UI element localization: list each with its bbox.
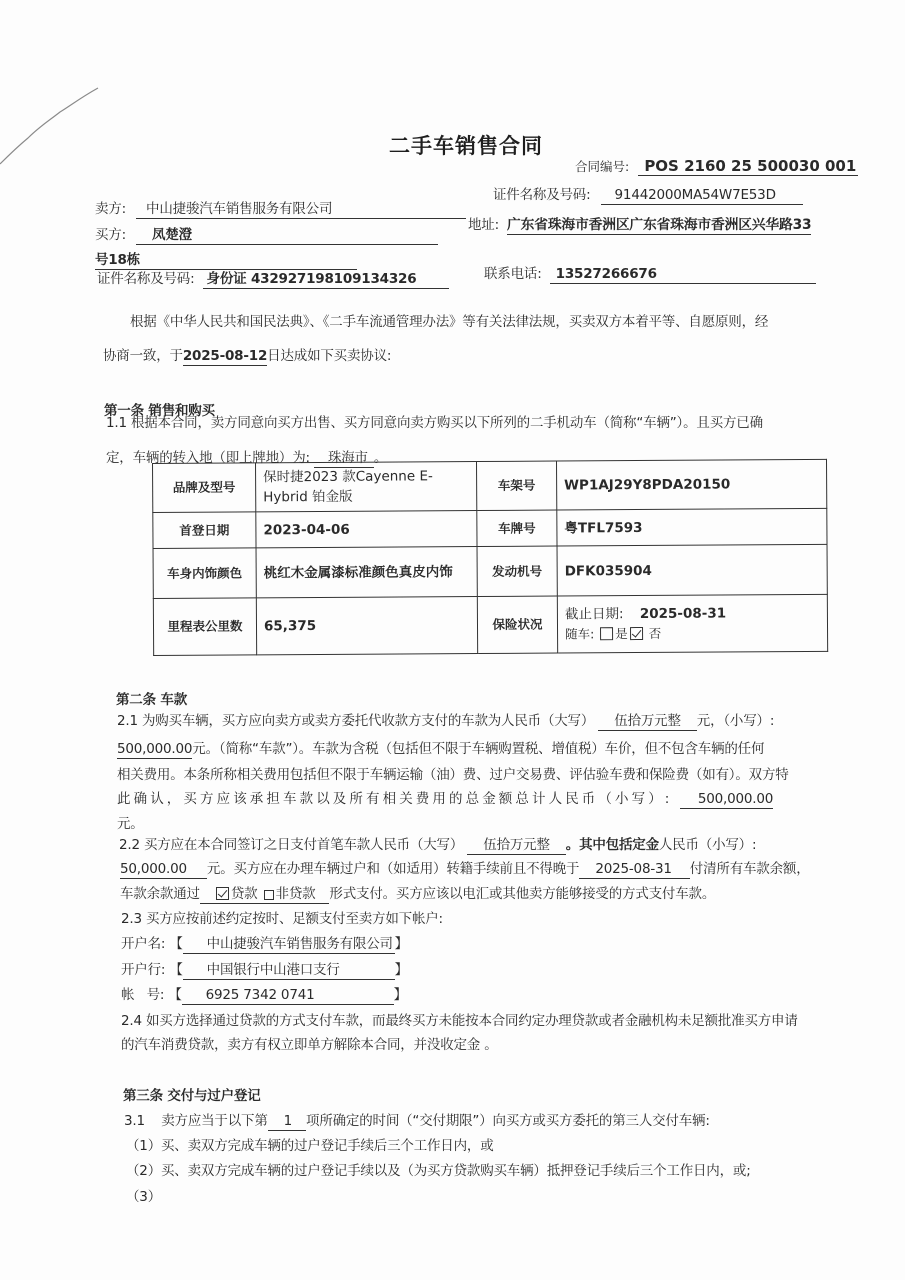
phone-label: 联系电话: [484,266,542,282]
seller-id-value: 91442000MA54W7E53D [601,186,803,205]
article2-p21-line4: 此确认，买方应该承担车款以及所有相关费用的总金额总计人民币（小写）: 500,0… [117,790,773,809]
p21-text-4: 此确认，买方应该承担车款以及所有相关费用的总金额总计人民币（小写）: [117,791,672,807]
buyer-id-row: 证件名称及号码: 身份证 432927198109134326 [97,270,449,289]
document-title: 二手车销售合同 [389,130,543,160]
address-line2-row: 号18栋 [95,251,357,270]
table-row: 首登日期 2023-04-06 车牌号 粤TFL7593 [153,508,827,548]
phone-row: 联系电话: 13527266676 [484,265,816,284]
price-number: 500,000.00 [117,740,192,759]
price-words: 伍拾万元整 [598,712,697,731]
account-name-label: 开户名: [121,936,165,952]
seller-label: 卖方: [95,201,126,217]
article2-p24-line1: 2.4 如买方选择通过贷款的方式支付车款，而最终买方未能按本合同约定办理贷款或者… [121,1012,798,1030]
delivery-option-2: （2）买、卖双方完成车辆的过户登记手续以及（为买方贷款购买车辆）抵押登记手续后三… [126,1162,751,1180]
article2-p21-line1: 2.1 为购买车辆，买方应向卖方或卖方委托代收款方支付的车款为人民币（大写） 伍… [117,712,774,731]
contract-number: POS 2160 25 500030 001 [638,157,858,176]
reg-date-label: 首登日期 [153,512,256,549]
article2-p21-line5: 元。 [117,815,144,833]
account-number-label: 帐 号: [121,987,164,1003]
color-label: 车身内饰颜色 [153,548,256,599]
table-row: 品牌及型号 保时捷2023 款Cayenne E-Hybrid 铂金版 车架号 … [153,459,827,512]
bracket-close: 】 [395,962,408,978]
insurance-with-car-row: 随车: 是 否 [565,623,820,645]
deposit-amount: 50,000.00 [120,860,207,879]
bracket-open: 【 [169,936,182,952]
seller-name: 中山捷骏汽车销售服务有限公司 [136,200,466,219]
mileage-value: 65,375 [256,597,477,655]
article1-p1-line1: 1.1 根据本合同，卖方同意向买方出售、买方同意向卖方购买以下所列的二手机动车（… [106,414,763,432]
contract-number-row: 合同编号: POS 2160 25 500030 001 [575,156,858,176]
preamble-line2: 协商一致，于2025-08-12日达成如下买卖协议: [103,347,391,366]
vehicle-info-table: 品牌及型号 保时捷2023 款Cayenne E-Hybrid 铂金版 车架号 … [152,459,828,656]
plate-label: 车牌号 [477,510,557,546]
account-name: 中山捷骏汽车销售服务有限公司 [183,935,395,954]
bracket-open: 【 [169,962,182,978]
payment-method-options: 贷款 非贷款 [200,885,330,904]
article2-p22-line2: 50,000.00元。买方应在办理车辆过户和（如适用）转籍手续前且不得晚于202… [120,860,810,879]
insurance-label: 保险状况 [477,596,557,653]
phone-value: 13527266676 [550,265,816,284]
p31-text: 3.1 卖方应当于以下第 [124,1113,268,1129]
first-payment-words: 伍拾万元整 [467,836,566,855]
scan-fold-line [0,60,110,170]
p31-text-2: 项所确定的时间（“交付期限”）向买方或买方委托的第三人交付车辆: [306,1113,710,1129]
buyer-label: 买方: [95,227,126,243]
total-amount: 500,000.00 [680,790,773,809]
vin-label: 车架号 [476,461,556,510]
article2-p22-line1: 2.2 买方应在本合同签订之日支付首笔车款人民币（大写） 伍拾万元整。其中包括定… [119,836,756,855]
preamble-text-end: 日达成如下买卖协议: [267,348,391,364]
option-no-label: 否 [649,626,662,641]
brand-label: 品牌及型号 [153,463,256,513]
insurance-cell: 截止日期: 2025-08-31 随车: 是 否 [557,594,827,653]
brand-value: 保时捷2023 款Cayenne E-Hybrid 铂金版 [256,462,477,512]
table-row: 车身内饰颜色 桃红木金属漆标准颜色真皮内饰 发动机号 DFK035904 [153,544,827,598]
delivery-option-3: （3） [126,1188,161,1206]
option-loan-label: 贷款 [231,886,258,902]
p22-text-4: 付清所有车款余额， [690,861,810,877]
contract-number-label: 合同编号: [575,159,629,174]
bank-name: 中国银行中山港口支行 [183,961,395,980]
p22-text-2: 人民币（小写）: [659,837,756,853]
delivery-item-number: 1 [268,1112,306,1131]
account-name-row: 开户名: 【中山捷骏汽车销售服务有限公司】 [121,935,408,954]
p21-text-2: 元，（小写）: [697,713,774,729]
option-nonloan-label: 非贷款 [276,886,316,902]
agreement-date: 2025-08-12 [183,347,267,366]
bank-label: 开户行: [121,962,165,978]
address-row: 地址: 广东省珠海市香洲区广东省珠海市香洲区兴华路33 [468,216,811,235]
article2-p23: 2.3 买方应按前述约定按时、足额支付至卖方如下帐户: [121,910,443,928]
checkbox-nonloan[interactable] [264,890,274,900]
preamble-text: 协商一致，于 [103,348,183,364]
buyer-id-label: 证件名称及号码: [97,271,194,287]
option-yes-label: 是 [615,626,628,641]
article2-heading: 第二条 车款 [116,691,187,709]
article3-p31: 3.1 卖方应当于以下第1项所确定的时间（“交付期限”）向买方或买方委托的第三人… [124,1112,710,1131]
with-car-label: 随车: [565,626,594,641]
address-line1: 广东省珠海市香洲区广东省珠海市香洲区兴华路33 [507,216,811,235]
delivery-option-1: （1）买、卖双方完成车辆的过户登记手续后三个工作日内，或 [126,1137,494,1155]
insurance-expiry: 2025-08-31 [640,605,726,622]
p22-text-6: 形式支付。买方应该以电汇或其他卖方能够接受的方式支付车款。 [329,886,715,902]
insurance-expiry-label: 截止日期: [565,606,624,622]
checkbox-no-checked[interactable] [630,627,643,640]
address-label: 地址: [468,217,499,233]
mileage-label: 里程表公里数 [153,598,256,656]
deposit-included-text: 。其中包括定金 [566,837,659,853]
seller-id-row: 证件名称及号码: 91442000MA54W7E53D [493,186,803,205]
article2-p24-line2: 的汽车消费贷款，卖方有权立即单方解除本合同，并没收定金 。 [121,1036,498,1054]
color-value: 桃红木金属漆标准颜色真皮内饰 [256,547,477,598]
article2-p22-line3: 车款余款通过贷款 非贷款形式支付。买方应该以电汇或其他卖方能够接受的方式支付车款… [120,885,715,904]
checkbox-yes[interactable] [600,627,613,640]
seller-row: 卖方: 中山捷骏汽车销售服务有限公司 [95,200,466,219]
payment-deadline: 2025-08-31 [579,860,689,879]
bracket-open: 【 [168,987,181,1003]
article2-p21-line3: 相关费用。本条所称相关费用包括但不限于车辆运输（油）费、过户交易费、评估验车费和… [117,766,789,784]
plate-value: 粤TFL7593 [557,508,827,546]
seller-id-label: 证件名称及号码: [493,187,590,203]
bank-row: 开户行: 【中国银行中山港口支行】 [121,961,408,980]
article2-p21-line2: 500,000.00元。（简称“车款”）。车款为含税（包括但不限于车辆购置税、增… [117,740,764,759]
account-number-row: 帐 号: 【6925 7342 0741】 [121,986,407,1005]
preamble-line1: 根据《中华人民共和国民法典》、《二手车流通管理办法》等有关法律法规，买卖双方本着… [130,313,768,331]
buyer-row: 买方: 凤楚澄 [95,226,438,245]
checkbox-loan-checked[interactable] [216,887,229,900]
engine-label: 发动机号 [477,546,557,596]
p22-text: 2.2 买方应在本合同签订之日支付首笔车款人民币（大写） [119,837,463,853]
vin-value: WP1AJ29Y8PDA20150 [556,459,826,510]
p21-text: 2.1 为购买车辆，买方应向卖方或卖方委托代收款方支付的车款为人民币（大写） [117,713,594,729]
article3-heading: 第三条 交付与过户登记 [123,1087,261,1105]
insurance-expiry-row: 截止日期: 2025-08-31 [565,603,820,625]
table-row: 里程表公里数 65,375 保险状况 截止日期: 2025-08-31 随车: … [153,594,827,655]
p22-text-3: 元。买方应在办理车辆过户和（如适用）转籍手续前且不得晚于 [207,861,579,877]
account-number: 6925 7342 0741 [182,986,394,1005]
buyer-name: 凤楚澄 [136,226,438,245]
buyer-id-value: 身份证 432927198109134326 [203,270,449,289]
address-line2: 号18栋 [95,251,357,270]
p21-text-3: 元。（简称“车款”）。车款为含税（包括但不限于车辆购置税、增值税）车价，但不包含… [192,741,764,757]
engine-value: DFK035904 [557,544,827,596]
bracket-close: 】 [394,987,407,1003]
bracket-close: 】 [395,936,408,952]
reg-date-value: 2023-04-06 [256,511,477,548]
p22-text-5: 车款余款通过 [120,886,200,902]
